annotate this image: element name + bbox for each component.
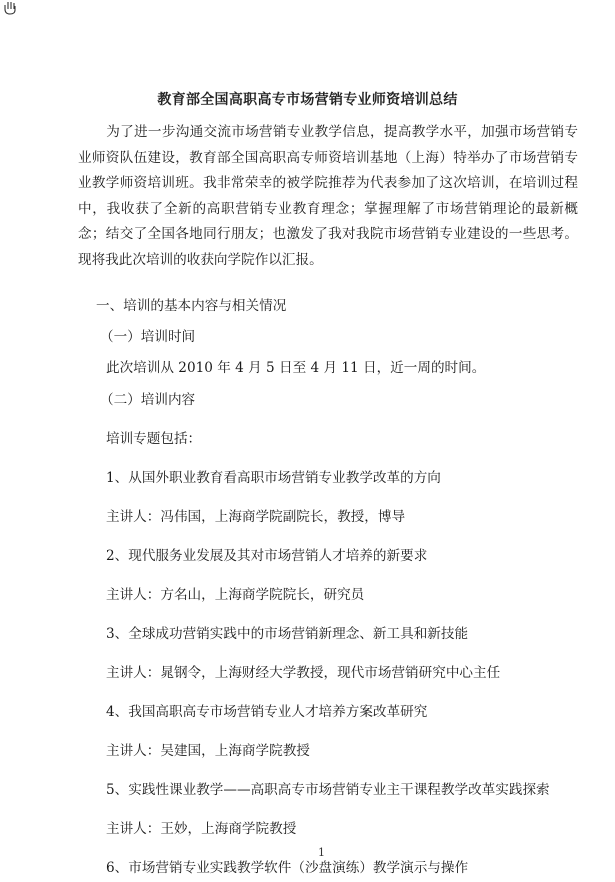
intro-text: 为了进一步沟通交流市场营销专业教学信息，提高教学水平，加强市场营销专业师资队伍建… — [78, 124, 578, 268]
topic-title: 2、现代服务业发展及其对市场营销人才培养的新要求 — [106, 544, 427, 564]
topic-title: 4、我国高职高专市场营销专业人才培养方案改革研究 — [106, 700, 427, 720]
document-title: 教育部全国高职高专市场营销专业师资培训总结 — [0, 89, 615, 109]
topic-speaker: 主讲人：晁钢令，上海财经大学教授，现代市场营销研究中心主任 — [106, 661, 500, 681]
training-time-text: 此次培训从 2010 年 4 月 5 日至 4 月 11 日，近一周的时间。 — [106, 356, 485, 376]
topics-intro: 培训专题包括： — [106, 427, 201, 447]
topic-title: 6、市场营销专业实践教学软件（沙盘演练）教学演示与操作 — [106, 856, 468, 876]
intro-paragraph: 为了进一步沟通交流市场营销专业教学信息，提高教学水平，加强市场营销专业师资队伍建… — [78, 120, 578, 273]
topic-speaker: 主讲人：方名山，上海商学院院长，研究员 — [106, 583, 364, 603]
hand-cursor-icon — [2, 1, 20, 15]
page-number: 1 — [318, 846, 325, 859]
topic-speaker: 主讲人：吴建国，上海商学院教授 — [106, 739, 310, 759]
subsection-heading-content: （二）培训内容 — [100, 388, 195, 408]
section-heading-1: 一、培训的基本内容与相关情况 — [96, 294, 286, 314]
topic-speaker: 主讲人：王妙，上海商学院教授 — [106, 817, 296, 837]
topic-title: 3、全球成功营销实践中的市场营销新理念、新工具和新技能 — [106, 622, 468, 642]
topic-speaker: 主讲人：冯伟国，上海商学院副院长，教授，博导 — [106, 505, 405, 525]
topic-title: 1、从国外职业教育看高职市场营销专业教学改革的方向 — [106, 466, 441, 486]
subsection-heading-time: （一）培训时间 — [100, 325, 195, 345]
topic-title: 5、实践性课业教学——高职高专市场营销专业主干课程教学改革实践探索 — [106, 778, 550, 798]
